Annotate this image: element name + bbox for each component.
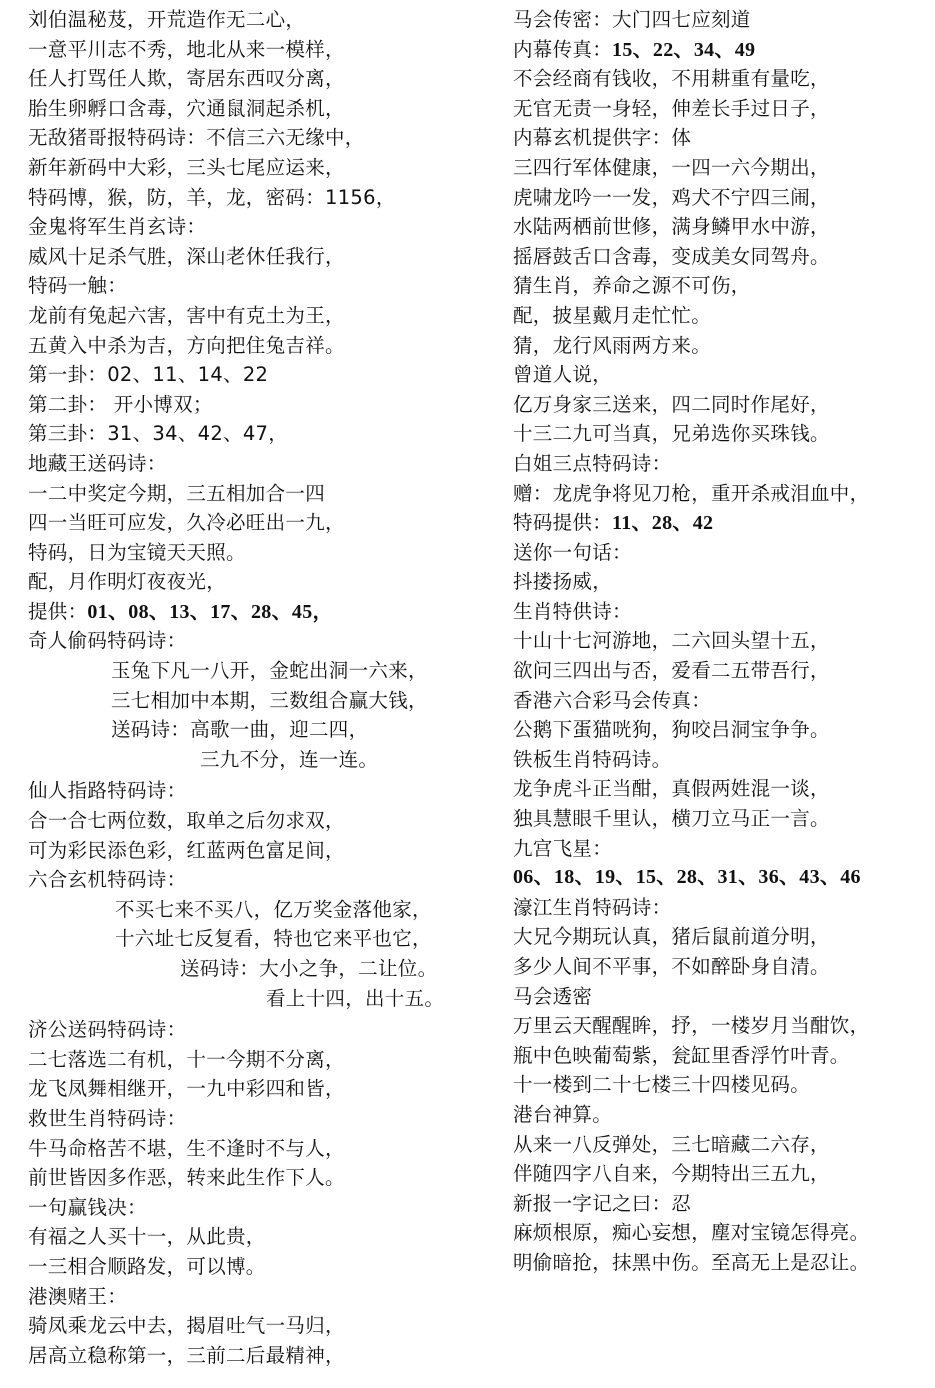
text-line: 明偷暗抢，抹黑中伤。至高无上是忍让。 [513, 1248, 933, 1278]
section-heading: 曾道人说， [513, 360, 933, 390]
text-line: 前世皆因多作恶，转来此生作下人。 [28, 1163, 488, 1193]
text-line: 二七落选二有机，十一今期不分离， [28, 1045, 488, 1075]
text-line: 摇唇鼓舌口含毒，变成美女同驾舟。 [513, 242, 933, 272]
text-line: 胎生卵孵口含毒，穴通鼠洞起杀机， [28, 94, 488, 124]
text-line: 麻烦根原，痴心妄想，塵对宝镜怎得亮。 [513, 1218, 933, 1248]
text-line: 从来一八反弹处，三七暗藏二六存， [513, 1130, 933, 1160]
text-line: 送码诗：高歌一曲，迎二四， [28, 715, 488, 745]
text-line: 第二卦： 开小博双； [28, 390, 488, 420]
text-line: 公鹅下蛋猫咣狗，狗咬吕洞宝争争。 [513, 715, 933, 745]
text-line: 配，月作明灯夜夜光， [28, 567, 488, 597]
text-line: 一意平川志不秀，地北从来一模样， [28, 35, 488, 65]
text-line: 送码诗：大小之争，二让位。 [28, 954, 488, 984]
text-line: 无敌猪哥报特码诗：不信三六无缘中， [28, 123, 488, 153]
section-heading: 马会透密 [513, 982, 933, 1012]
section-heading: 铁板生肖特码诗。 [513, 745, 933, 775]
section-heading: 生肖特供诗： [513, 597, 933, 627]
insider-numbers-line: 内幕传真：15、22、34、49 [513, 35, 933, 65]
text-line: 第三卦：31、34、42、47， [28, 419, 488, 449]
text-line: 内幕玄机提供字：体 [513, 123, 933, 153]
text-line: 不买七来不买八，亿万奖金落他家， [28, 895, 488, 925]
provided-numbers: 01、08、13、17、28、45， [87, 601, 332, 623]
text-line: 龙飞凤舞相继开，一九中彩四和皆， [28, 1074, 488, 1104]
text-line: 新年新码中大彩，三头七尾应运来， [28, 153, 488, 183]
text-line: 三四行军体健康，一四一六今期出， [513, 153, 933, 183]
section-heading: 奇人偷码特码诗： [28, 626, 488, 656]
text-line: 一三相合顺路发，可以博。 [28, 1252, 488, 1282]
text-line: 欲问三四出与否，爱看二五带吾行， [513, 656, 933, 686]
left-column: 刘伯温秘芨，开荒造作无二心， 一意平川志不秀，地北从来一模样， 任人打骂任人欺，… [28, 5, 488, 1370]
section-heading: 仙人指路特码诗： [28, 776, 488, 806]
section-heading: 一句赢钱决： [28, 1193, 488, 1223]
text-line: 龙前有兔起六害，害中有克土为王， [28, 301, 488, 331]
tema-numbers-line: 特码提供：11、28、42 [513, 508, 933, 538]
text-line: 可为彩民添色彩，红蓝两色富足间， [28, 836, 488, 866]
text-line: 赠：龙虎争将见刀枪，重开杀戒泪血中， [513, 479, 933, 509]
section-heading: 送你一句话： [513, 538, 933, 568]
tema-numbers: 11、28、42 [612, 512, 713, 534]
text-line: 水陆两栖前世修，满身鳞甲水中游， [513, 212, 933, 242]
text-line: 猜生肖，养命之源不可伤， [513, 271, 933, 301]
text-line: 牛马命格苦不堪，生不逢时不与人， [28, 1134, 488, 1164]
text-line: 五黄入中杀为吉，方向把住兔吉祥。 [28, 331, 488, 361]
section-heading: 白姐三点特码诗： [513, 449, 933, 479]
insider-numbers: 15、22、34、49 [612, 39, 755, 61]
text-line: 看上十四，出十五。 [28, 984, 488, 1014]
text-line: 十三二九可当真，兄弟选你买珠钱。 [513, 419, 933, 449]
text-line: 骑凤乘龙云中去，揭眉吐气一马归， [28, 1311, 488, 1341]
text-line: 亿万身家三送来，四二同时作尾好， [513, 390, 933, 420]
section-heading: 六合玄机特码诗： [28, 865, 488, 895]
text-line: 有福之人买十一，从此贵， [28, 1222, 488, 1252]
insider-label: 内幕传真： [513, 38, 612, 61]
section-heading: 港澳赌王： [28, 1282, 488, 1312]
text-line: 三七相加中本期，三数组合赢大钱， [28, 686, 488, 716]
text-line: 刘伯温秘芨，开荒造作无二心， [28, 5, 488, 35]
text-line: 虎啸龙吟一一发，鸡犬不宁四三闹， [513, 183, 933, 213]
text-line: 马会传密：大门四七应刻道 [513, 5, 933, 35]
text-line: 合一合七两位数，取单之后勿求双， [28, 806, 488, 836]
text-line: 任人打骂任人欺，寄居东西叹分离， [28, 64, 488, 94]
text-line: 一二中奖定今期，三五相加合一四 [28, 479, 488, 509]
text-line: 瓶中色映葡萄紫，瓮缸里香浮竹叶青。 [513, 1041, 933, 1071]
text-line: 抖搂扬威， [513, 567, 933, 597]
text-line: 不会经商有钱收，不用耕重有量吃， [513, 64, 933, 94]
text-line: 新报一字记之曰：忍 [513, 1189, 933, 1219]
text-line: 十一楼到二十七楼三十四楼见码。 [513, 1070, 933, 1100]
text-line: 大兄今期玩认真，猪后鼠前道分明， [513, 922, 933, 952]
text-line: 伴随四字八自来，今期特出三五九， [513, 1159, 933, 1189]
section-heading: 金鬼将军生肖玄诗： [28, 212, 488, 242]
nine-palace-numbers: 06、18、19、15、28、31、36、43、46 [513, 863, 933, 893]
text-line: 三九不分，连一连。 [28, 745, 488, 775]
text-line: 配，披星戴月走忙忙。 [513, 301, 933, 331]
section-heading: 港台神算。 [513, 1100, 933, 1130]
section-heading: 香港六合彩马会传真： [513, 686, 933, 716]
provided-label: 提供： [28, 600, 87, 623]
text-line: 第一卦：02、11、14、22 [28, 360, 488, 390]
section-heading: 救世生肖特码诗： [28, 1104, 488, 1134]
text-line: 独具慧眼千里认，横刀立马正一言。 [513, 804, 933, 834]
tema-label: 特码提供： [513, 511, 612, 534]
text-line: 多少人间不平事，不如醉卧身自清。 [513, 952, 933, 982]
text-line: 十山十七河游地，二六回头望十五， [513, 626, 933, 656]
text-line: 无官无责一身轻，伸差长手过日子， [513, 94, 933, 124]
provided-numbers-line: 提供：01、08、13、17、28、45， [28, 597, 488, 627]
section-heading: 济公送码特码诗： [28, 1015, 488, 1045]
section-heading: 濠江生肖特码诗： [513, 893, 933, 923]
section-heading: 九宫飞星： [513, 834, 933, 864]
text-line: 猜，龙行风雨两方来。 [513, 331, 933, 361]
right-column: 马会传密：大门四七应刻道 内幕传真：15、22、34、49 不会经商有钱收，不用… [513, 5, 933, 1278]
text-line: 四一当旺可应发，久冷必旺出一九， [28, 508, 488, 538]
text-line: 威风十足杀气胜，深山老休任我行， [28, 242, 488, 272]
text-line: 特码博，猴，防，羊，龙，密码：1156， [28, 183, 488, 213]
text-line: 十六址七反复看，特也它来平也它， [28, 924, 488, 954]
text-line: 万里云天醒醒眸，抒，一楼岁月当酣饮， [513, 1011, 933, 1041]
text-line: 居高立稳称第一，三前二后最精神， [28, 1341, 488, 1371]
text-line: 龙争虎斗正当酣，真假两姓混一谈， [513, 774, 933, 804]
section-heading: 地藏王送码诗： [28, 449, 488, 479]
section-heading: 特码一触： [28, 271, 488, 301]
text-line: 玉兔下凡一八开，金蛇出洞一六来， [28, 656, 488, 686]
text-line: 特码，日为宝镜天天照。 [28, 538, 488, 568]
